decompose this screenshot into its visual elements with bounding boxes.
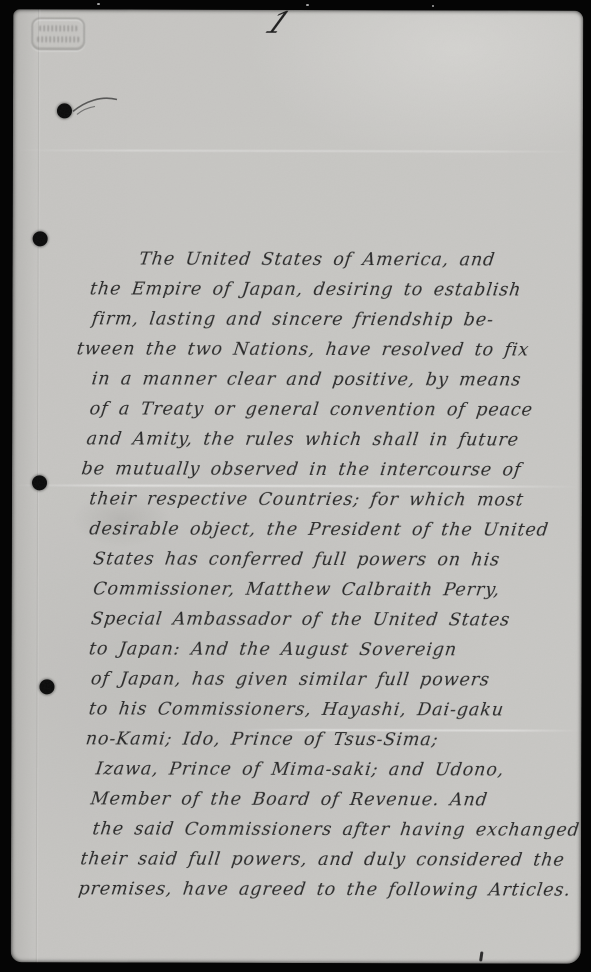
manuscript-line: Special Ambassador of the United States	[90, 607, 512, 632]
manuscript-line: in a manner clear and positive, by means	[90, 367, 522, 392]
manuscript-line: their said full powers, and duly conside…	[79, 847, 566, 872]
manuscript-line: the said Commissioners after having exch…	[91, 817, 581, 842]
manuscript-line: The United States of America, and	[138, 248, 497, 273]
manuscript-line: the Empire of Japan, desiring to establi…	[88, 277, 522, 302]
manuscript-line: desirable object, the President of the U…	[88, 517, 550, 542]
manuscript-line: of a Treaty or general convention of pea…	[88, 397, 534, 422]
manuscript-line: to his Commissioners, Hayashi, Dai-gaku	[87, 697, 505, 722]
manuscript-line: Member of the Board of Revenue. And	[89, 787, 489, 812]
manuscript-line: States has conferred full powers on his	[92, 547, 502, 572]
document-page: 1 The United States of America, and the …	[11, 9, 583, 963]
scan-frame: 1 The United States of America, and the …	[0, 0, 591, 972]
dust-speck	[306, 4, 309, 6]
manuscript-line: Izawa, Prince of Mima-saki; and Udono,	[94, 757, 505, 782]
manuscript-line: premises, have agreed to the following A…	[77, 877, 572, 902]
manuscript-line: no-Kami; Ido, Prince of Tsus-Sima;	[84, 727, 440, 752]
manuscript-line: to Japan: And the August Sovereign	[88, 637, 459, 662]
dust-speck	[432, 5, 434, 7]
dust-speck	[97, 3, 100, 5]
manuscript-line: their respective Countries; for which mo…	[88, 487, 525, 512]
manuscript-line: of Japan, has given similar full powers	[89, 667, 491, 692]
manuscript-line: tween the two Nations, have resolved to …	[75, 337, 530, 362]
manuscript-line: be mutually observed in the intercourse …	[80, 457, 523, 482]
manuscript-line: firm, lasting and sincere friendship be-	[90, 307, 495, 332]
manuscript-text: The United States of America, and the Em…	[11, 9, 583, 963]
manuscript-line: and Amity, the rules which shall in futu…	[85, 427, 520, 452]
manuscript-line: Commissioner, Matthew Calbraith Perry,	[92, 577, 502, 602]
